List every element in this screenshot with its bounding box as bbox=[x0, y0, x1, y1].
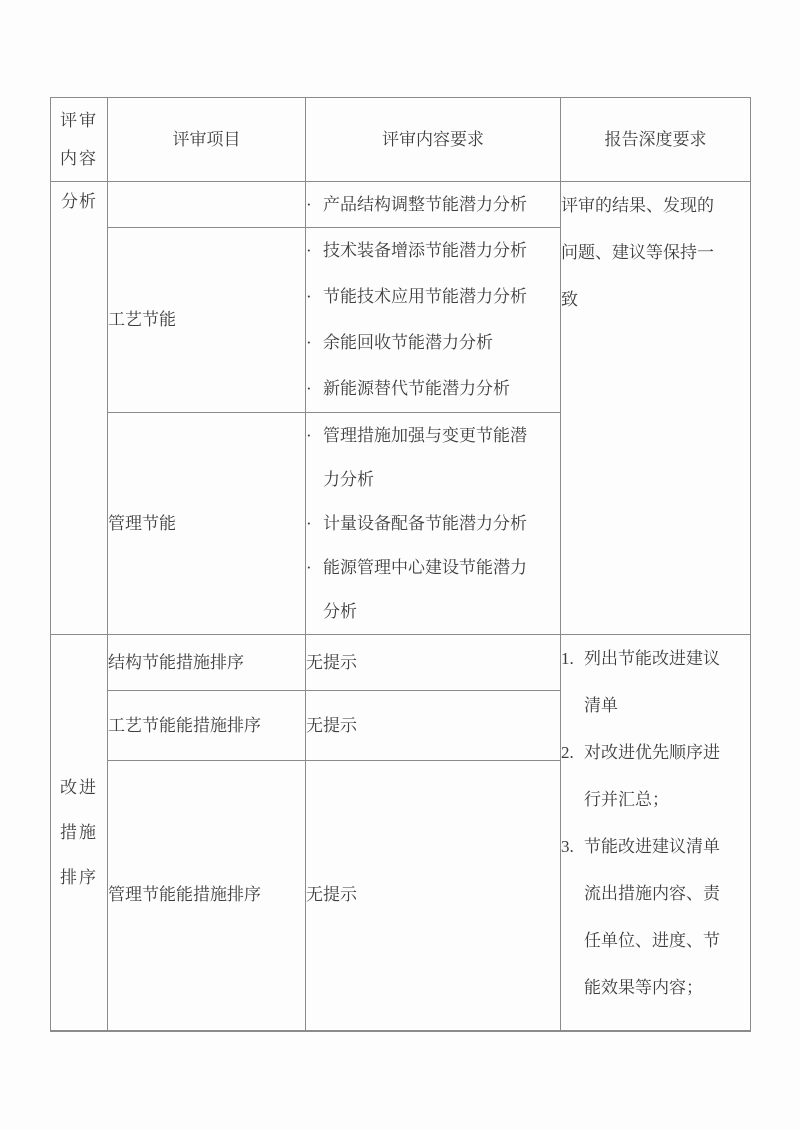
header-review-content: 评审 内容 bbox=[51, 98, 108, 182]
bullet-dot-icon: · bbox=[306, 320, 323, 366]
numbered-item: 1. 列出节能改进建议 清单 bbox=[561, 635, 750, 729]
bullet-item: · 计量设备配备节能潜力分析 bbox=[306, 502, 560, 546]
item-text: 列出节能改进建议 清单 bbox=[584, 635, 750, 729]
project-cell-process-ranking: 工艺节能能措施排序 bbox=[108, 691, 306, 761]
bullet-text: 节能技术应用节能潜力分析 bbox=[323, 274, 560, 320]
review-requirements-table: 评审 内容 评审项目 评审内容要求 报告深度要求 分析 · 产品结构调整节能潜力… bbox=[50, 97, 751, 1032]
bullet-dot-icon: · bbox=[306, 274, 323, 320]
item-text: 节能改进建议清单 流出措施内容、责 任单位、进度、节 能效果等内容； bbox=[584, 823, 750, 1011]
requirements-cell-structure: · 产品结构调整节能潜力分析 bbox=[306, 182, 561, 228]
header-review-item: 评审项目 bbox=[108, 98, 306, 182]
bullet-dot-icon: · bbox=[306, 502, 323, 546]
bullet-dot-icon: · bbox=[306, 546, 323, 590]
bullet-item: · 产品结构调整节能潜力分析 bbox=[306, 182, 560, 227]
requirement-cell-no-prompt: 无提示 bbox=[306, 691, 561, 761]
project-cell-empty bbox=[108, 182, 306, 228]
requirements-cell-management: · 管理措施加强与变更节能潜 力分析 · 计量设备配备节能潜力分析 · 能源管理… bbox=[306, 413, 561, 635]
header-content-requirements: 评审内容要求 bbox=[306, 98, 561, 182]
item-text: 对改进优先顺序进 行并汇总； bbox=[584, 729, 750, 823]
bullet-text: 余能回收节能潜力分析 bbox=[323, 320, 560, 366]
bullet-item: · 新能源替代节能潜力分析 bbox=[306, 366, 560, 412]
bullet-dot-icon: · bbox=[306, 182, 323, 227]
improvement-row-structure: 改进 措施 排序 结构节能措施排序 无提示 1. 列出节能改进建议 清单 2. … bbox=[51, 635, 751, 691]
bullet-item: · 能源管理中心建设节能潜力 分析 bbox=[306, 546, 560, 634]
bullet-text: 能源管理中心建设节能潜力 分析 bbox=[323, 546, 560, 634]
table-header-row: 评审 内容 评审项目 评审内容要求 报告深度要求 bbox=[51, 98, 751, 182]
project-cell-management: 管理节能 bbox=[108, 413, 306, 635]
analysis-section-label: 分析 bbox=[51, 182, 108, 635]
analysis-row-structure: 分析 · 产品结构调整节能潜力分析 评审的结果、发现的 问题、建议等保持一 致 bbox=[51, 182, 751, 228]
bullet-text: 产品结构调整节能潜力分析 bbox=[323, 182, 560, 227]
bullet-dot-icon: · bbox=[306, 414, 323, 458]
project-cell-management-ranking: 管理节能能措施排序 bbox=[108, 761, 306, 1031]
bullet-text: 管理措施加强与变更节能潜 力分析 bbox=[323, 414, 560, 502]
depth-requirement-improvement: 1. 列出节能改进建议 清单 2. 对改进优先顺序进 行并汇总； 3. 节能改进… bbox=[561, 635, 751, 1031]
item-number: 3. bbox=[561, 823, 584, 870]
requirement-cell-no-prompt: 无提示 bbox=[306, 635, 561, 691]
bullet-text: 新能源替代节能潜力分析 bbox=[323, 366, 560, 412]
numbered-item: 3. 节能改进建议清单 流出措施内容、责 任单位、进度、节 能效果等内容； bbox=[561, 823, 750, 1011]
requirement-cell-no-prompt: 无提示 bbox=[306, 761, 561, 1031]
project-cell-structure-ranking: 结构节能措施排序 bbox=[108, 635, 306, 691]
depth-requirement-analysis: 评审的结果、发现的 问题、建议等保持一 致 bbox=[561, 182, 751, 635]
numbered-item: 2. 对改进优先顺序进 行并汇总； bbox=[561, 729, 750, 823]
bullet-text: 技术装备增添节能潜力分析 bbox=[323, 228, 560, 274]
item-number: 2. bbox=[561, 729, 584, 776]
project-cell-process: 工艺节能 bbox=[108, 228, 306, 413]
bullet-dot-icon: · bbox=[306, 228, 323, 274]
header-report-depth: 报告深度要求 bbox=[561, 98, 751, 182]
improvement-section-label: 改进 措施 排序 bbox=[51, 635, 108, 1031]
bullet-item: · 管理措施加强与变更节能潜 力分析 bbox=[306, 414, 560, 502]
item-number: 1. bbox=[561, 635, 584, 682]
requirements-cell-process: · 技术装备增添节能潜力分析 · 节能技术应用节能潜力分析 · 余能回收节能潜力… bbox=[306, 228, 561, 413]
bullet-text: 计量设备配备节能潜力分析 bbox=[323, 502, 560, 546]
bullet-item: · 技术装备增添节能潜力分析 bbox=[306, 228, 560, 274]
bullet-dot-icon: · bbox=[306, 366, 323, 412]
bullet-item: · 节能技术应用节能潜力分析 bbox=[306, 274, 560, 320]
document-page: 评审 内容 评审项目 评审内容要求 报告深度要求 分析 · 产品结构调整节能潜力… bbox=[0, 0, 800, 1130]
bullet-item: · 余能回收节能潜力分析 bbox=[306, 320, 560, 366]
